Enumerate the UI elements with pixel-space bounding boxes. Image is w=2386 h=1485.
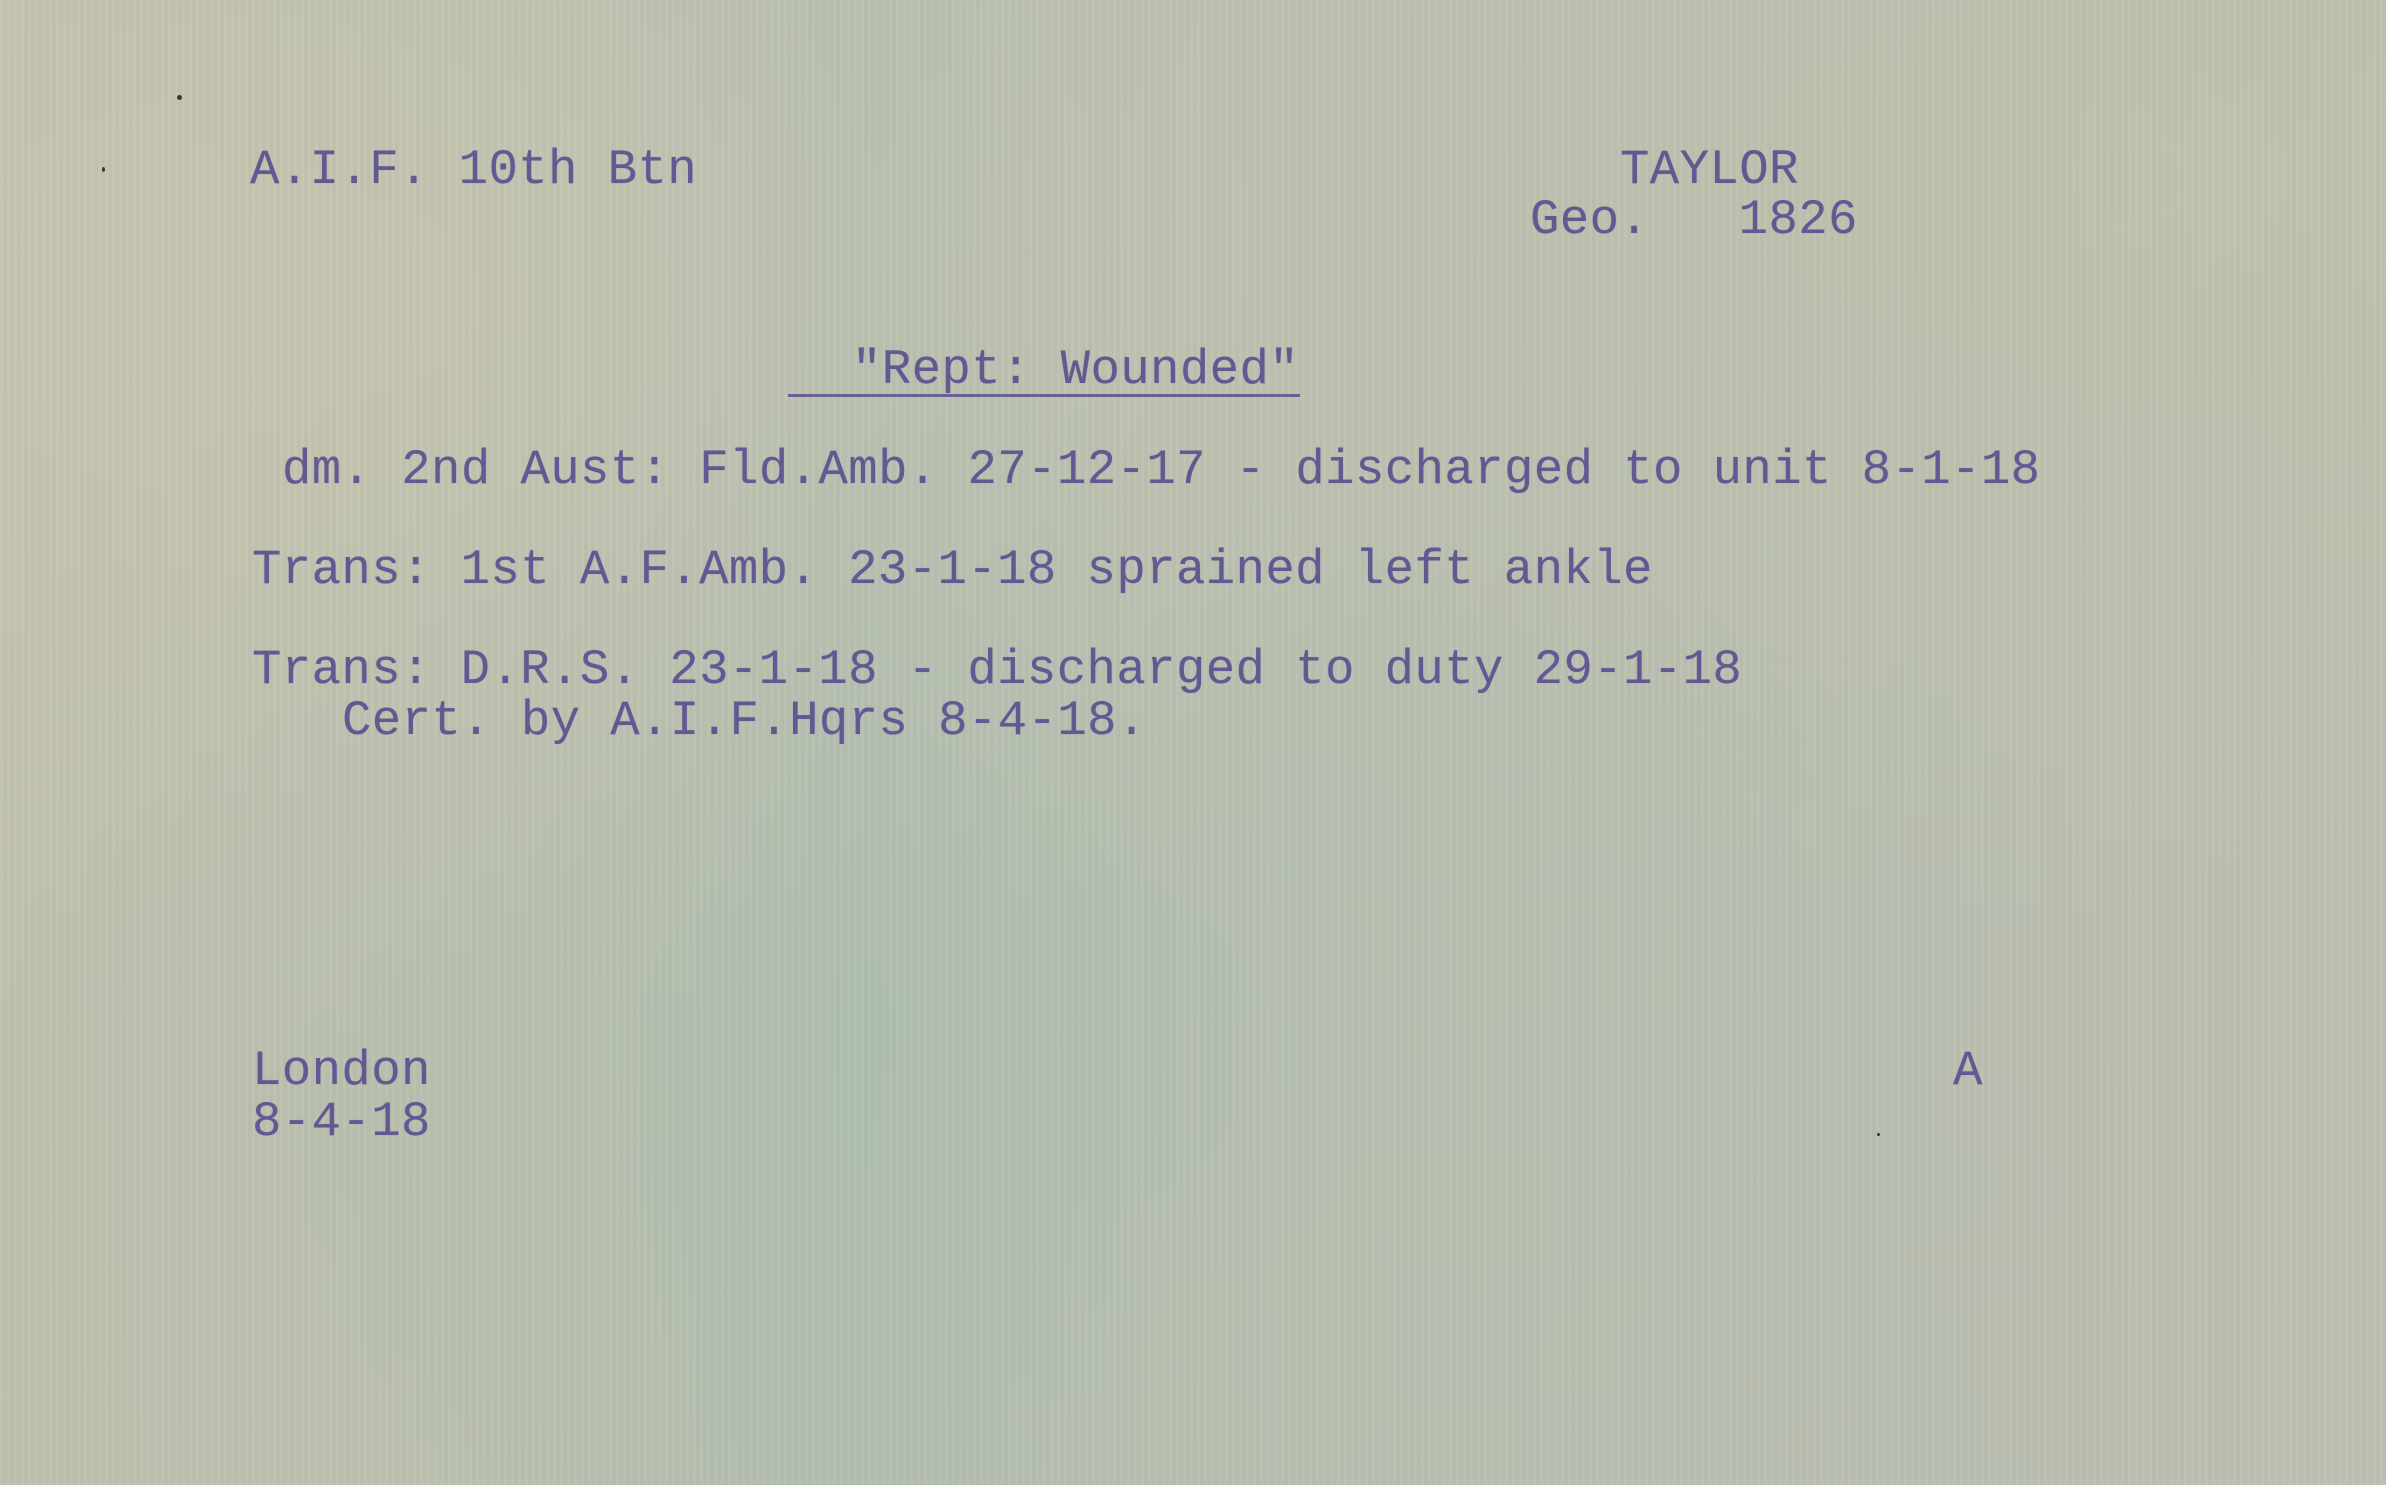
unit-label: A.I.F. 10th Btn bbox=[250, 146, 697, 195]
paper-speck bbox=[1877, 1133, 1880, 1136]
issuing-date: 8-4-18 bbox=[252, 1098, 431, 1147]
paper-speck bbox=[177, 95, 182, 100]
surname: TAYLOR bbox=[1620, 146, 1799, 195]
status-underline bbox=[788, 394, 1300, 397]
paper-speck bbox=[102, 167, 105, 172]
issuing-place: London bbox=[252, 1047, 431, 1096]
entry-line: Trans: 1st A.F.Amb. 23-1-18 sprained lef… bbox=[252, 546, 1653, 595]
status-heading: "Rept: Wounded" bbox=[852, 346, 1299, 395]
entry-line: dm. 2nd Aust: Fld.Amb. 27-12-17 - discha… bbox=[282, 446, 2040, 495]
given-name-and-service-number: Geo. 1826 bbox=[1530, 196, 1858, 245]
filing-mark: A bbox=[1953, 1047, 1983, 1096]
entry-line: Trans: D.R.S. 23-1-18 - discharged to du… bbox=[252, 646, 1742, 695]
entry-line: Cert. by A.I.F.Hqrs 8-4-18. bbox=[342, 697, 1147, 746]
record-card: A.I.F. 10th Btn TAYLOR Geo. 1826 "Rept: … bbox=[0, 0, 2386, 1485]
